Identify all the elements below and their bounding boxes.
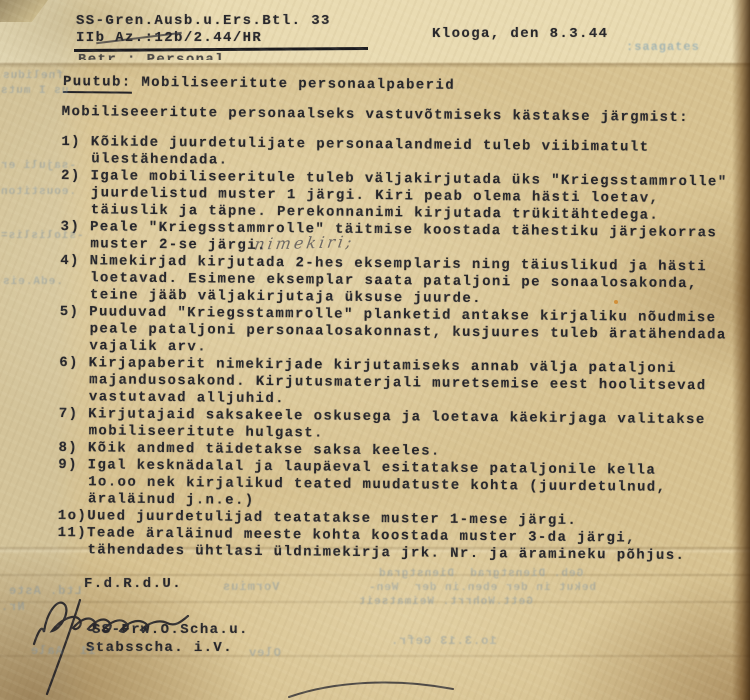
item-text: Peale "Kriegsstammrolle" täitmise koosta… [90,219,717,254]
subject-line: Puutub: Mobiliseeritute personaalpaberid [63,74,455,95]
bleed-through-text: .edA.eis [2,276,63,288]
list-item: 4) Nimekirjad kirjutada 2-hes eksemplari… [60,253,750,311]
item-number: 1) [61,134,91,150]
bleed-through-text: fnelidus [2,70,63,82]
item-number: 9) [58,457,88,473]
item-text: Kõikide juurdetulijate personaalandmeid … [91,134,650,168]
subject-label: Puutub: [63,74,132,94]
item-number: 4) [60,253,90,269]
item-number: 1o) [58,508,88,524]
bleed-through-text: Gett.Wohrrt. Weimatseit [358,596,533,608]
bleed-through-text: .eoustiton [0,186,76,198]
item-number: 5) [60,304,90,320]
list-item: 6) Kirjapaberit nimekirjade kirjutamisek… [59,355,750,413]
bleed-through-text: Geb. Dienstgrad Dienstgrad [378,568,583,580]
item-text: Igale mobiliseeritule tuleb väljakirjuta… [90,168,727,223]
bleed-through-text: us I muts [0,85,68,97]
item-text: Puuduvad "Kriegsstammrolle" planketid an… [89,304,727,355]
bleed-through-text: Vormius [222,580,279,594]
ink-speck [614,300,618,304]
list-item: 11)Teade äraläinud meeste kohta koostada… [57,525,750,566]
list-item: 2) Igale mobiliseeritule tuleb väljakirj… [61,168,750,226]
bleed-through-text: :saagates [626,40,700,54]
item-number: 7) [59,406,89,422]
list-item: 9) Igal kesknädalal ja laupäeval esitata… [58,457,750,515]
bleed-through-text: -siolislis= [0,230,84,242]
item-text: Nimekirjad kirjutada 2-hes eksemplaris n… [90,253,708,307]
item-number: 6) [59,355,89,371]
bleed-through-text: bekut in der eben.in der Wen- [368,582,596,594]
bleed-through-text: Nr. [0,600,25,614]
numbered-list: 1) Kõikide juurdetulijate personaalandme… [57,134,750,566]
signer-rank-line2: Stabsscha. i.V. [86,640,233,657]
item-text: Kirjapaberit nimekirjade kirjutamiseks a… [89,355,707,407]
partial-signature-stroke [285,676,460,700]
intro-line: Mobiliseeeritute personaalseks vastuvõtm… [62,104,689,127]
item-text: Kõik andmed täidetakse saksa keeles. [88,440,441,459]
item-text: Igal kesknädalal ja laupäeval esitatakse… [88,457,667,509]
handwritten-annotation: nimekiri; [253,232,356,254]
scanned-document-page: SS-Gren.Ausb.u.Ers.Btl. 33 IIb Az.:12b/2… [0,0,750,700]
bleed-through-text: 11 Aale [30,644,96,658]
item-number: 11) [58,525,88,541]
list-item: 5) Puuduvad "Kriegsstammrolle" planketid… [59,304,750,362]
bleed-through-text: -sajuli er [0,160,76,172]
subject-text: Mobiliseeritute personaalpaberid [132,75,456,94]
signer-rank-line1: SS-Frw.O.Scha.u. [92,622,249,639]
item-text: Kirjutajaid saksakeele oskusega ja loeta… [88,406,706,441]
item-number: 8) [58,440,88,456]
page-edge-shadow [732,0,750,700]
bleed-through-text: Olev [248,646,281,660]
bleed-through-text: Ltd. Aste [8,584,82,598]
item-text: Teade äraläinud meeste kohta koostada mu… [87,525,685,564]
bleed-through-text: 1o.3.13 Gefr. [390,634,497,648]
